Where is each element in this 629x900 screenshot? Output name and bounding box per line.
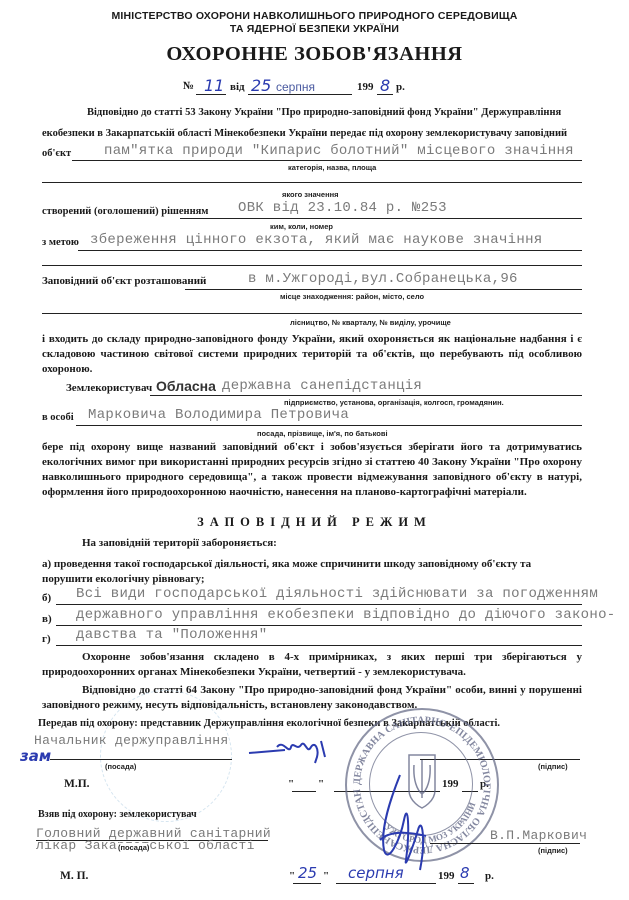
- receiver-signature-name: В.П.Маркович: [490, 828, 587, 843]
- receiver-seal-label: М. П.: [60, 870, 88, 882]
- land-user-value-typed: державна санепідстанція: [222, 378, 422, 394]
- decision-value: ОВК від 23.10.84 р. №253: [238, 200, 447, 216]
- receiver-year-underline: [458, 883, 474, 884]
- location-underline: [185, 289, 582, 290]
- location-value: в м.Ужгороді,вул.Собранецька,96: [248, 271, 518, 287]
- person-underline: [76, 425, 582, 426]
- obligation-paragraph: бере під охорону вище названий заповідни…: [42, 440, 582, 500]
- receiver-year-prefix: 199: [438, 870, 455, 882]
- document-number: 11: [204, 76, 224, 95]
- person-caption: посада, прізвище, ім'я, по батькові: [257, 429, 388, 438]
- intro-line2: екобезпеки в Закарпатській області Мінек…: [42, 128, 567, 139]
- copies-paragraph: Охоронне зобов'язання складено в 4-х при…: [42, 650, 582, 680]
- land-user-caption: підприємство, установа, організація, кол…: [284, 398, 504, 407]
- decision-caption: ким, коли, номер: [270, 222, 333, 231]
- transfer-date-day-underline: [292, 791, 316, 792]
- number-prefix: №: [183, 80, 194, 92]
- ministry-name-line1: МІНІСТЕРСТВО ОХОРОНИ НАВКОЛИШНЬОГО ПРИРО…: [0, 10, 629, 22]
- land-user-value-handwritten: Обласна: [156, 378, 216, 394]
- year-unit: р.: [396, 81, 405, 93]
- receiver-signature-underline: [430, 843, 580, 844]
- regime-item-d-value: давства та "Положення": [76, 627, 267, 643]
- transfer-position-caption: (посада): [105, 762, 136, 771]
- year-prefix: 199: [357, 81, 374, 93]
- transfer-signature-caption: (підпис): [538, 762, 568, 771]
- regime-item-b-value: Всі види господарської діяльності здійсн…: [76, 586, 598, 602]
- purpose-underline: [78, 250, 582, 251]
- document-title: ОХОРОННЕ ЗОБОВ'ЯЗАННЯ: [0, 43, 629, 66]
- decision-underline: [180, 218, 582, 219]
- forestry-caption: лісництво, № кварталу, № виділу, урочище: [290, 318, 451, 327]
- location-label: Заповідний об'єкт розташований: [42, 275, 206, 287]
- object-underline-2: [42, 182, 582, 183]
- ministry-name-line2: ТА ЯДЕРНОЇ БЕЗПЕКИ УКРАЇНИ: [0, 23, 629, 35]
- date-month: серпня: [276, 80, 315, 94]
- regime-item-c-underline: [56, 625, 582, 626]
- transfer-seal-label: М.П.: [64, 778, 90, 790]
- person-value: Марковича Володимира Петровича: [88, 407, 349, 423]
- date-prefix: від: [230, 81, 245, 93]
- transfer-position: Начальник держуправління: [34, 733, 228, 748]
- receiver-year-unit: р.: [485, 870, 494, 882]
- intro-line1: Відповідно до статті 53 Закону України "…: [87, 107, 561, 118]
- receiver-date-quote-open: ": [289, 870, 295, 882]
- transfer-signature: [245, 735, 335, 765]
- decision-label: створений (оголошений) рішенням: [42, 206, 208, 217]
- receiver-date-quote-close: ": [323, 870, 329, 882]
- regime-item-b-underline: [56, 604, 582, 605]
- regime-item-c-value: державного управління екобезпеки відпові…: [76, 607, 615, 623]
- location-underline-2: [42, 313, 582, 314]
- receiver-position-caption: (посада): [118, 843, 149, 852]
- fund-paragraph: і входить до складу природно-заповідного…: [42, 332, 582, 377]
- purpose-underline-2: [42, 265, 582, 266]
- significance-caption: якого значення: [282, 190, 339, 199]
- date-day: 25: [251, 76, 271, 95]
- receiver-date-day: 25: [298, 864, 317, 882]
- purpose-value: збереження цінного екзота, який має наук…: [90, 232, 542, 248]
- regime-item-d-underline: [56, 645, 582, 646]
- regime-heading: ЗАПОВІДНИЙ РЕЖИМ: [0, 515, 629, 530]
- transfer-position-underline: [50, 759, 232, 760]
- location-caption: місце знаходження: район, місто, село: [280, 292, 424, 301]
- year-suffix: 8: [380, 76, 390, 95]
- regime-item-c-marker: в): [42, 613, 52, 625]
- transfer-date-quote-open: ": [288, 778, 294, 790]
- receiver-date-day-underline: [293, 883, 321, 884]
- receiver-signature-caption: (підпис): [538, 846, 568, 855]
- land-user-underline: [150, 395, 582, 396]
- object-caption: категорія, назва, площа: [288, 163, 376, 172]
- faint-stamp-mark: [100, 690, 232, 822]
- receiver-date-month-underline: [336, 883, 436, 884]
- object-value: пам"ятка природи "Кипарис болотний" місц…: [104, 143, 574, 159]
- receiver-label: Взяв під охорону: землекористувач: [38, 809, 197, 820]
- regime-item-d-marker: г): [42, 633, 51, 645]
- regime-item-b-marker: б): [42, 592, 51, 604]
- regime-item-a: а) проведення такої господарської діяльн…: [42, 557, 572, 587]
- purpose-label: з метою: [42, 237, 79, 248]
- transfer-date-quote-close: ": [318, 778, 324, 790]
- object-label: об'єкт: [42, 148, 71, 159]
- receiver-year-suffix: 8: [460, 864, 470, 882]
- object-underline: [72, 160, 582, 161]
- prohibited-label: На заповідній території забороняється:: [82, 537, 277, 549]
- land-user-label: Землекористувач: [66, 382, 152, 394]
- person-label: в особі: [42, 412, 74, 423]
- receiver-date-month: серпня: [348, 864, 404, 882]
- transfer-position-handwritten: зам: [20, 747, 51, 765]
